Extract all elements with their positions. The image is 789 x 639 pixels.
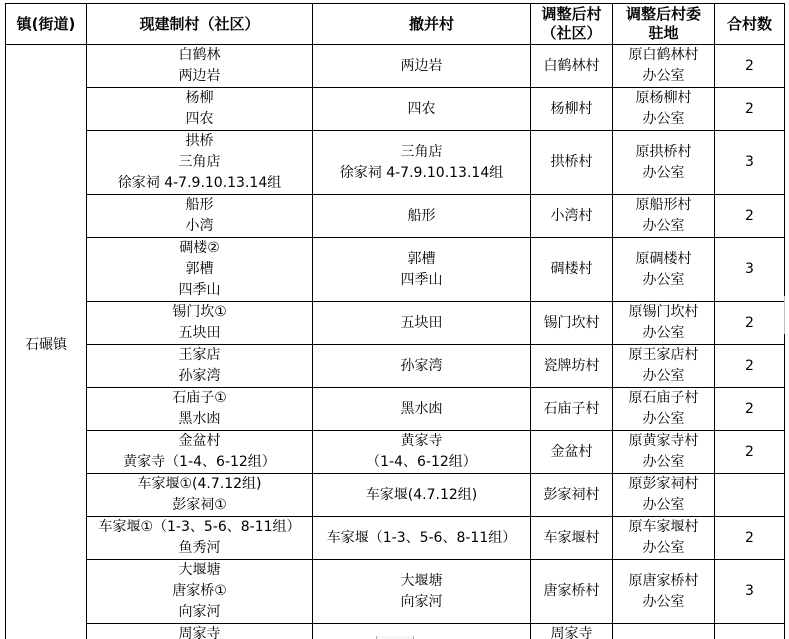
- cell-line: 小湾: [89, 216, 310, 237]
- cell-line: 黑水凼: [315, 399, 528, 420]
- cell-line: 四季山: [89, 280, 310, 301]
- cell-line: 四农: [315, 99, 528, 120]
- cell-line: 原白鹤林村: [615, 45, 712, 66]
- merged-village-cell: 船形: [313, 195, 531, 238]
- cell-line: 办公室: [615, 163, 712, 184]
- adjusted-village-cell: 白鹤林村: [531, 45, 613, 88]
- cell-line: 车家堰（1-3、5-6、8-11组）: [315, 528, 528, 549]
- cell-line: 鱼秀河: [89, 538, 310, 559]
- table-row: 金盆村黄家寺（1-4、6-12组）黄家寺（1-4、6-12组）金盆村原黄家寺村办…: [6, 431, 785, 474]
- table-row: 车家堰①(4.7.12组)彭家祠①车家堰(4.7.12组)彭家祠村原彭家祠村办公…: [6, 474, 785, 517]
- village-count-cell: [715, 474, 785, 517]
- cell-line: （1-4、6-12组）: [315, 452, 528, 473]
- table-row: 王家店孙家湾孙家湾瓷牌坊村原王家店村办公室2: [6, 345, 785, 388]
- header-office-line1: 调整后村委: [615, 5, 712, 24]
- cell-line: 五块田: [89, 323, 310, 344]
- current-village-cell: 王家店孙家湾: [87, 345, 313, 388]
- adjusted-village-cell: 周家寺: [531, 624, 613, 639]
- merged-village-cell: 两边岩: [313, 45, 531, 88]
- village-count-cell: 2: [715, 517, 785, 560]
- cell-line: 郭槽: [315, 249, 528, 270]
- cell-line: 石庙子①: [89, 388, 310, 409]
- village-count-cell: 2: [715, 88, 785, 131]
- table-row: 大堰塘唐家桥①向家河大堰塘向家河唐家桥村原唐家桥村办公室3: [6, 560, 785, 624]
- merged-village-cell: [313, 624, 531, 639]
- merged-village-cell: 黑水凼: [313, 388, 531, 431]
- merged-village-cell: 车家堰（1-3、5-6、8-11组）: [313, 517, 531, 560]
- office-location-cell: 原碉楼村办公室: [613, 238, 715, 302]
- merged-village-cell: 黄家寺（1-4、6-12组）: [313, 431, 531, 474]
- cell-line: 白鹤林: [89, 45, 310, 66]
- cell-line: 王家店: [89, 345, 310, 366]
- cell-line: 办公室: [615, 495, 712, 516]
- header-office: 调整后村委 驻地: [613, 4, 715, 45]
- header-current-village: 现建制村（社区）: [87, 4, 313, 45]
- table-row: 拱桥三角店徐家祠 4-7.9.10.13.14组三角店徐家祠 4-7.9.10.…: [6, 131, 785, 195]
- cell-line: 原彭家祠村: [615, 474, 712, 495]
- cell-line: 两边岩: [315, 56, 528, 77]
- merged-village-cell: 大堰塘向家河: [313, 560, 531, 624]
- current-village-cell: 车家堰①（1-3、5-6、8-11组）鱼秀河: [87, 517, 313, 560]
- cell-line: 车家堰①（1-3、5-6、8-11组）: [89, 517, 310, 538]
- cell-line: 办公室: [615, 592, 712, 613]
- office-location-cell: 原锡门坎村办公室: [613, 302, 715, 345]
- adjusted-village-cell: 拱桥村: [531, 131, 613, 195]
- cell-line: 原锡门坎村: [615, 302, 712, 323]
- cell-line: 原王家店村: [615, 345, 712, 366]
- adjusted-village-cell: 彭家祠村: [531, 474, 613, 517]
- cell-line: 拱桥: [89, 131, 310, 152]
- adjusted-village-cell: 车家堰村: [531, 517, 613, 560]
- current-village-cell: 石庙子①黑水凼: [87, 388, 313, 431]
- table-row: 船形小湾船形小湾村原船形村办公室2: [6, 195, 785, 238]
- current-village-cell: 船形小湾: [87, 195, 313, 238]
- adjusted-village-cell: 石庙子村: [531, 388, 613, 431]
- cell-line: 原黄家寺村: [615, 431, 712, 452]
- office-location-cell: 原拱桥村办公室: [613, 131, 715, 195]
- cell-line: 三角店: [315, 142, 528, 163]
- cell-line: 办公室: [615, 66, 712, 87]
- merged-village-cell: 车家堰(4.7.12组): [313, 474, 531, 517]
- table-row: 车家堰①（1-3、5-6、8-11组）鱼秀河车家堰（1-3、5-6、8-11组）…: [6, 517, 785, 560]
- adjusted-village-cell: 金盆村: [531, 431, 613, 474]
- edge-marker: [784, 296, 789, 334]
- office-location-cell: 原石庙子村办公室: [613, 388, 715, 431]
- cell-line: 黄家寺: [315, 431, 528, 452]
- header-merged-village: 撤并村: [313, 4, 531, 45]
- cell-line: 杨柳: [89, 88, 310, 109]
- cell-line: 车家堰①(4.7.12组): [89, 474, 310, 495]
- cell-line: 原拱桥村: [615, 142, 712, 163]
- cell-line: 原车家堰村: [615, 517, 712, 538]
- table-row: 锡门坎①五块田五块田锡门坎村原锡门坎村办公室2: [6, 302, 785, 345]
- current-village-cell: 周家寺: [87, 624, 313, 639]
- cell-line: 办公室: [615, 270, 712, 291]
- cell-line: 孙家湾: [315, 356, 528, 377]
- cell-line: 唐家桥①: [89, 581, 310, 602]
- village-count-cell: 3: [715, 131, 785, 195]
- village-count-cell: 3: [715, 238, 785, 302]
- current-village-cell: 白鹤林两边岩: [87, 45, 313, 88]
- header-row: 镇(街道) 现建制村（社区） 撤并村 调整后村 （社区） 调整后村委 驻地 合村…: [6, 4, 785, 45]
- cell-line: 办公室: [615, 109, 712, 130]
- cell-line: 向家河: [315, 592, 528, 613]
- header-adjusted-village-line1: 调整后村: [533, 5, 610, 24]
- cell-line: 原石庙子村: [615, 388, 712, 409]
- town-cell: 石碾镇: [6, 45, 87, 639]
- table-row: 碉楼②郭槽四季山郭槽四季山碉楼村原碉楼村办公室3: [6, 238, 785, 302]
- village-merge-table: 镇(街道) 现建制村（社区） 撤并村 调整后村 （社区） 调整后村委 驻地 合村…: [5, 3, 785, 639]
- office-location-cell: 原黄家寺村办公室: [613, 431, 715, 474]
- village-count-cell: 2: [715, 195, 785, 238]
- current-village-cell: 碉楼②郭槽四季山: [87, 238, 313, 302]
- table-row: 石碾镇白鹤林两边岩两边岩白鹤林村原白鹤林村办公室2: [6, 45, 785, 88]
- office-location-cell: 原王家店村办公室: [613, 345, 715, 388]
- cell-line: 锡门坎①: [89, 302, 310, 323]
- cell-line: 四季山: [315, 270, 528, 291]
- cell-line: 船形: [89, 195, 310, 216]
- current-village-cell: 锡门坎①五块田: [87, 302, 313, 345]
- header-adjusted-village-line2: （社区）: [533, 24, 610, 43]
- current-village-cell: 大堰塘唐家桥①向家河: [87, 560, 313, 624]
- adjusted-village-cell: 唐家桥村: [531, 560, 613, 624]
- cell-line: 办公室: [615, 323, 712, 344]
- cell-line: 办公室: [615, 216, 712, 237]
- cell-line: 原船形村: [615, 195, 712, 216]
- cell-line: 五块田: [315, 313, 528, 334]
- cell-line: 黄家寺（1-4、6-12组）: [89, 452, 310, 473]
- merged-village-cell: 三角店徐家祠 4-7.9.10.13.14组: [313, 131, 531, 195]
- current-village-cell: 金盆村黄家寺（1-4、6-12组）: [87, 431, 313, 474]
- village-count-cell: 2: [715, 45, 785, 88]
- cell-line: 原唐家桥村: [615, 571, 712, 592]
- office-location-cell: 原车家堰村办公室: [613, 517, 715, 560]
- cell-line: 四农: [89, 109, 310, 130]
- merged-village-cell: 孙家湾: [313, 345, 531, 388]
- cell-line: 办公室: [615, 538, 712, 559]
- office-location-cell: 原彭家祠村办公室: [613, 474, 715, 517]
- cell-line: 徐家祠 4-7.9.10.13.14组: [315, 163, 528, 184]
- office-location-cell: 原白鹤林村办公室: [613, 45, 715, 88]
- header-count: 合村数: [715, 4, 785, 45]
- cell-line: 办公室: [615, 452, 712, 473]
- cell-line: 黑水凼: [89, 409, 310, 430]
- cell-line: 办公室: [615, 409, 712, 430]
- office-location-cell: 原唐家桥村办公室: [613, 560, 715, 624]
- merged-village-cell: 郭槽四季山: [313, 238, 531, 302]
- office-location-cell: 原杨柳村办公室: [613, 88, 715, 131]
- current-village-cell: 杨柳四农: [87, 88, 313, 131]
- village-count-cell: 2: [715, 388, 785, 431]
- merged-village-cell: 四农: [313, 88, 531, 131]
- cell-line: 三角店: [89, 152, 310, 173]
- cell-line: 向家河: [89, 602, 310, 623]
- village-count-cell: 2: [715, 302, 785, 345]
- cell-line: 两边岩: [89, 66, 310, 87]
- cell-line: 金盆村: [89, 431, 310, 452]
- adjusted-village-cell: 锡门坎村: [531, 302, 613, 345]
- header-office-line2: 驻地: [615, 24, 712, 43]
- table-row: 杨柳四农四农杨柳村原杨柳村办公室2: [6, 88, 785, 131]
- cell-line: 郭槽: [89, 259, 310, 280]
- cell-line: 原杨柳村: [615, 88, 712, 109]
- adjusted-village-cell: 碉楼村: [531, 238, 613, 302]
- cell-line: 车家堰(4.7.12组): [315, 485, 528, 506]
- office-location-cell: 原船形村办公室: [613, 195, 715, 238]
- cell-line: 彭家祠①: [89, 495, 310, 516]
- cell-line: 孙家湾: [89, 366, 310, 387]
- cell-line: 办公室: [615, 366, 712, 387]
- merged-village-cell: 五块田: [313, 302, 531, 345]
- cell-line: 大堰塘: [89, 560, 310, 581]
- cell-line: 原碉楼村: [615, 249, 712, 270]
- cell-line: 大堰塘: [315, 571, 528, 592]
- village-count-cell: 2: [715, 345, 785, 388]
- cell-line: 徐家祠 4-7.9.10.13.14组: [89, 173, 310, 194]
- current-village-cell: 车家堰①(4.7.12组)彭家祠①: [87, 474, 313, 517]
- cell-line: 周家寺: [89, 624, 310, 639]
- village-count-cell: [715, 624, 785, 639]
- village-count-cell: 2: [715, 431, 785, 474]
- current-village-cell: 拱桥三角店徐家祠 4-7.9.10.13.14组: [87, 131, 313, 195]
- office-location-cell: [613, 624, 715, 639]
- table-row: 石庙子①黑水凼黑水凼石庙子村原石庙子村办公室2: [6, 388, 785, 431]
- cell-line: 船形: [315, 206, 528, 227]
- adjusted-village-cell: 杨柳村: [531, 88, 613, 131]
- adjusted-village-cell: 瓷牌坊村: [531, 345, 613, 388]
- header-town: 镇(街道): [6, 4, 87, 45]
- header-adjusted-village: 调整后村 （社区）: [531, 4, 613, 45]
- cell-line: 碉楼②: [89, 238, 310, 259]
- adjusted-village-cell: 小湾村: [531, 195, 613, 238]
- village-count-cell: 3: [715, 560, 785, 624]
